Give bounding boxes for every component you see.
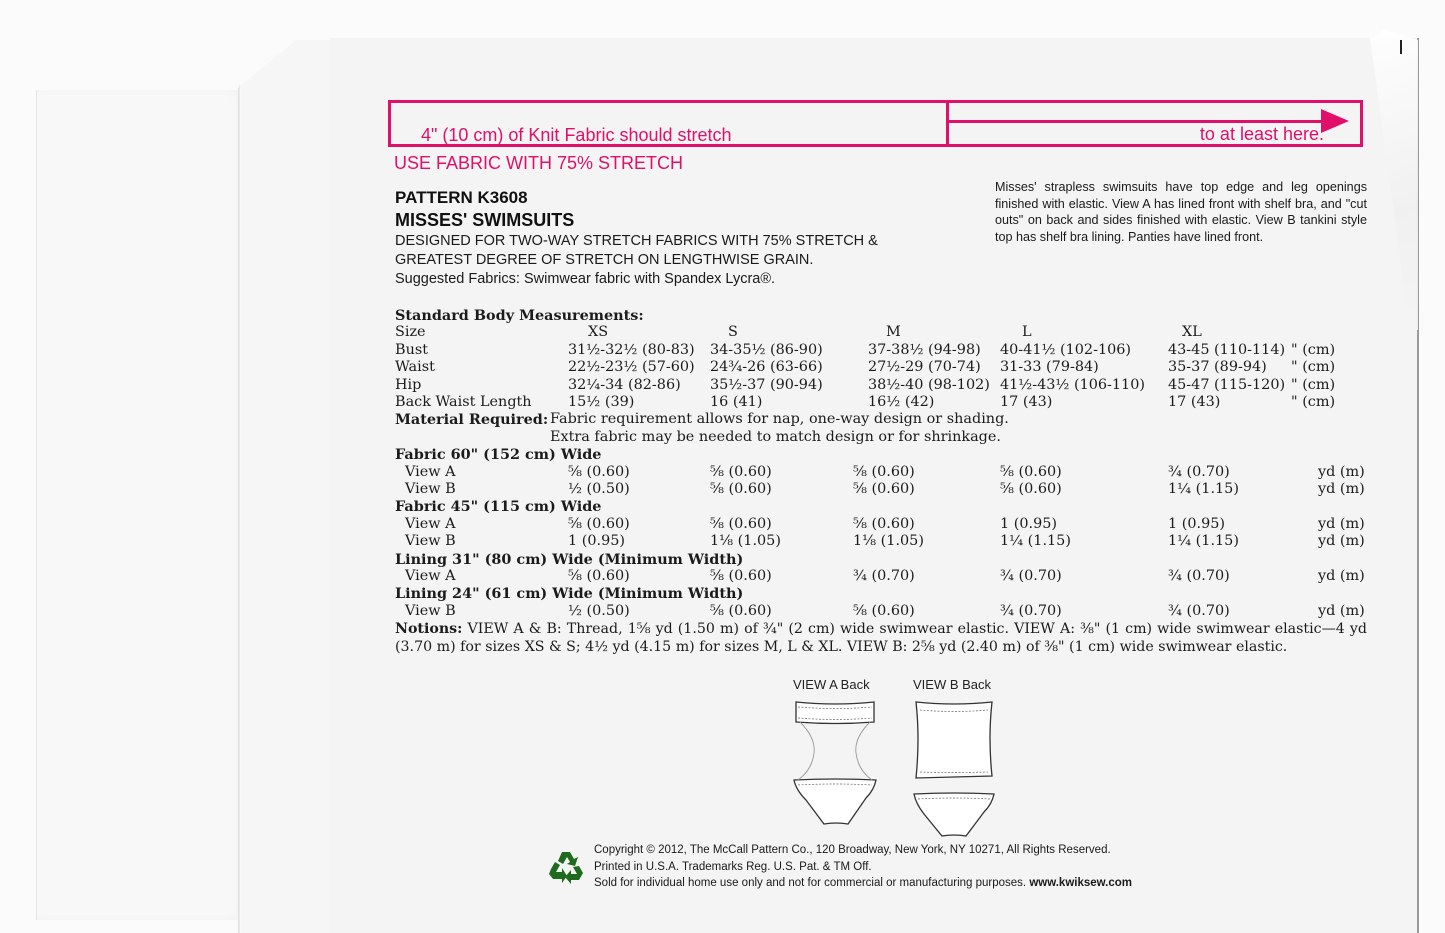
stretch-gauge-left-text: 4" (10 cm) of Knit Fabric should stretch: [421, 125, 732, 146]
envelope-middle-flap: [238, 40, 339, 933]
yardage-value: ¾ (0.70): [853, 568, 915, 584]
material-note-1: Fabric requirement allows for nap, one-w…: [550, 411, 1009, 427]
unit-label: " (cm): [1291, 377, 1335, 393]
measurement-value: 32¼-34 (82-86): [568, 377, 681, 393]
yardage-value: ⅝ (0.60): [710, 568, 772, 584]
view-a-label: VIEW A Back: [793, 677, 870, 692]
notions-heading: Notions:: [395, 621, 462, 637]
yardage-value: 1¼ (1.15): [1000, 533, 1071, 549]
size-header-m: M: [886, 324, 901, 340]
notions-section: Notions: VIEW A & B: Thread, 1⅝ yd (1.50…: [395, 621, 1367, 656]
view-label: View B: [405, 603, 456, 619]
stretch-arrow-shaft: [949, 120, 1327, 123]
yardage-value: ⅝ (0.60): [710, 516, 772, 532]
copyright-footer: Copyright © 2012, The McCall Pattern Co.…: [594, 842, 1132, 892]
yardage-value: ⅝ (0.60): [568, 516, 630, 532]
unit-label: " (cm): [1291, 394, 1335, 410]
yardage-value: 1¼ (1.15): [1168, 533, 1239, 549]
stretch-gauge-right-text: to at least here.: [1200, 124, 1324, 145]
edge-tick-mark: [1400, 40, 1402, 54]
measurement-value: 31½-32½ (80-83): [568, 342, 695, 358]
measurement-value: 15½ (39): [568, 394, 634, 410]
yardage-value: ⅝ (0.60): [710, 464, 772, 480]
yardage-value: ½ (0.50): [568, 603, 630, 619]
yardage-value: ⅝ (0.60): [568, 568, 630, 584]
measurement-value: 17 (43): [1000, 394, 1052, 410]
envelope-fold-line: [239, 85, 241, 933]
view-label: View B: [405, 481, 456, 497]
notions-text: VIEW A & B: Thread, 1⅝ yd (1.50 m) of ¾"…: [395, 621, 1367, 655]
yardage-value: ⅝ (0.60): [853, 516, 915, 532]
measurement-value: 31-33 (79-84): [1000, 359, 1099, 375]
size-header-xl: XL: [1182, 324, 1202, 340]
yardage-value: ¾ (0.70): [1000, 568, 1062, 584]
trademark-line: Printed in U.S.A. Trademarks Reg. U.S. P…: [594, 859, 1132, 876]
unit-label: yd (m): [1318, 516, 1365, 532]
yardage-value: 1 (0.95): [568, 533, 625, 549]
view-a-back-drawing: [786, 698, 886, 838]
designed-line-1: DESIGNED FOR TWO-WAY STRETCH FABRICS WIT…: [395, 232, 955, 251]
yardage-value: 1 (0.95): [1000, 516, 1057, 532]
view-label: View A: [405, 516, 456, 532]
recycle-icon: [548, 850, 584, 886]
fabric-group-heading: Lining 31" (80 cm) Wide (Minimum Width): [395, 551, 743, 568]
yardage-value: ¾ (0.70): [1168, 464, 1230, 480]
measurement-value: 35-37 (89-94): [1168, 359, 1267, 375]
pattern-description: Misses' strapless swimsuits have top edg…: [995, 179, 1367, 245]
designed-line-2: GREATEST DEGREE OF STRETCH ON LENGTHWISE…: [395, 251, 955, 270]
yardage-value: 1⅛ (1.05): [710, 533, 781, 549]
view-b-label: VIEW B Back: [913, 677, 991, 692]
yardage-value: 1⅛ (1.05): [853, 533, 924, 549]
measurement-label: Back Waist Length: [395, 394, 532, 410]
size-label: Size: [395, 324, 426, 340]
yardage-value: ¾ (0.70): [1168, 568, 1230, 584]
measurement-label: Hip: [395, 377, 421, 393]
unit-label: " (cm): [1291, 359, 1335, 375]
view-b-back-drawing: [908, 698, 1000, 838]
measurements-heading: Standard Body Measurements:: [395, 307, 644, 324]
yardage-value: ⅝ (0.60): [568, 464, 630, 480]
stretch-gauge: 4" (10 cm) of Knit Fabric should stretch…: [388, 100, 1363, 147]
measurement-value: 35½-37 (90-94): [710, 377, 823, 393]
measurement-value: 27½-29 (70-74): [868, 359, 981, 375]
size-header-l: L: [1022, 324, 1032, 340]
yardage-value: ⅝ (0.60): [853, 464, 915, 480]
yardage-value: ⅝ (0.60): [853, 481, 915, 497]
size-header-s: S: [728, 324, 738, 340]
unit-label: " (cm): [1291, 342, 1335, 358]
measurement-value: 43-45 (110-114): [1168, 342, 1285, 358]
yardage-value: ⅝ (0.60): [1000, 464, 1062, 480]
use-fabric-notice: USE FABRIC WITH 75% STRETCH: [394, 153, 683, 174]
unit-label: yd (m): [1318, 464, 1365, 480]
arrow-right-icon: [1321, 109, 1349, 133]
measurement-value: 40-41½ (102-106): [1000, 342, 1131, 358]
yardage-value: ¾ (0.70): [1000, 603, 1062, 619]
measurement-value: 37-38½ (94-98): [868, 342, 981, 358]
measurement-label: Bust: [395, 342, 428, 358]
fabric-group-heading: Fabric 45" (115 cm) Wide: [395, 498, 601, 515]
fabric-group-heading: Lining 24" (61 cm) Wide (Minimum Width): [395, 585, 743, 602]
material-heading: Material Required:: [395, 411, 548, 428]
fabric-group-heading: Fabric 60" (152 cm) Wide: [395, 446, 601, 463]
view-label: View A: [405, 464, 456, 480]
material-note-2: Extra fabric may be needed to match desi…: [550, 429, 1001, 445]
usage-line: Sold for individual home use only and no…: [594, 875, 1132, 892]
unit-label: yd (m): [1318, 568, 1365, 584]
measurement-value: 34-35½ (86-90): [710, 342, 823, 358]
measurement-label: Waist: [395, 359, 435, 375]
pattern-number: PATTERN K3608: [395, 188, 528, 208]
measurement-value: 38½-40 (98-102): [868, 377, 990, 393]
measurement-value: 17 (43): [1168, 394, 1220, 410]
fabric-design-note: DESIGNED FOR TWO-WAY STRETCH FABRICS WIT…: [395, 232, 955, 289]
measurement-value: 22½-23½ (57-60): [568, 359, 695, 375]
yardage-value: 1¼ (1.15): [1168, 481, 1239, 497]
size-header-xs: XS: [588, 324, 608, 340]
pattern-title: MISSES' SWIMSUITS: [395, 210, 574, 231]
measurement-value: 41½-43½ (106-110): [1000, 377, 1145, 393]
unit-label: yd (m): [1318, 533, 1365, 549]
website-link[interactable]: www.kwiksew.com: [1029, 877, 1132, 889]
yardage-value: ⅝ (0.60): [853, 603, 915, 619]
unit-label: yd (m): [1318, 603, 1365, 619]
yardage-value: 1 (0.95): [1168, 516, 1225, 532]
view-label: View A: [405, 568, 456, 584]
yardage-value: ½ (0.50): [568, 481, 630, 497]
yardage-value: ¾ (0.70): [1168, 603, 1230, 619]
stretch-gauge-divider: [946, 103, 949, 144]
suggested-fabrics: Suggested Fabrics: Swimwear fabric with …: [395, 270, 955, 289]
copyright-line: Copyright © 2012, The McCall Pattern Co.…: [594, 842, 1132, 859]
measurement-value: 16 (41): [710, 394, 762, 410]
measurement-value: 16½ (42): [868, 394, 934, 410]
yardage-value: ⅝ (0.60): [710, 481, 772, 497]
measurement-value: 24¾-26 (63-66): [710, 359, 823, 375]
yardage-value: ⅝ (0.60): [1000, 481, 1062, 497]
unit-label: yd (m): [1318, 481, 1365, 497]
envelope-left-flap: [36, 90, 243, 920]
usage-text: Sold for individual home use only and no…: [594, 877, 1026, 889]
measurement-value: 45-47 (115-120): [1168, 377, 1285, 393]
yardage-value: ⅝ (0.60): [710, 603, 772, 619]
view-label: View B: [405, 533, 456, 549]
